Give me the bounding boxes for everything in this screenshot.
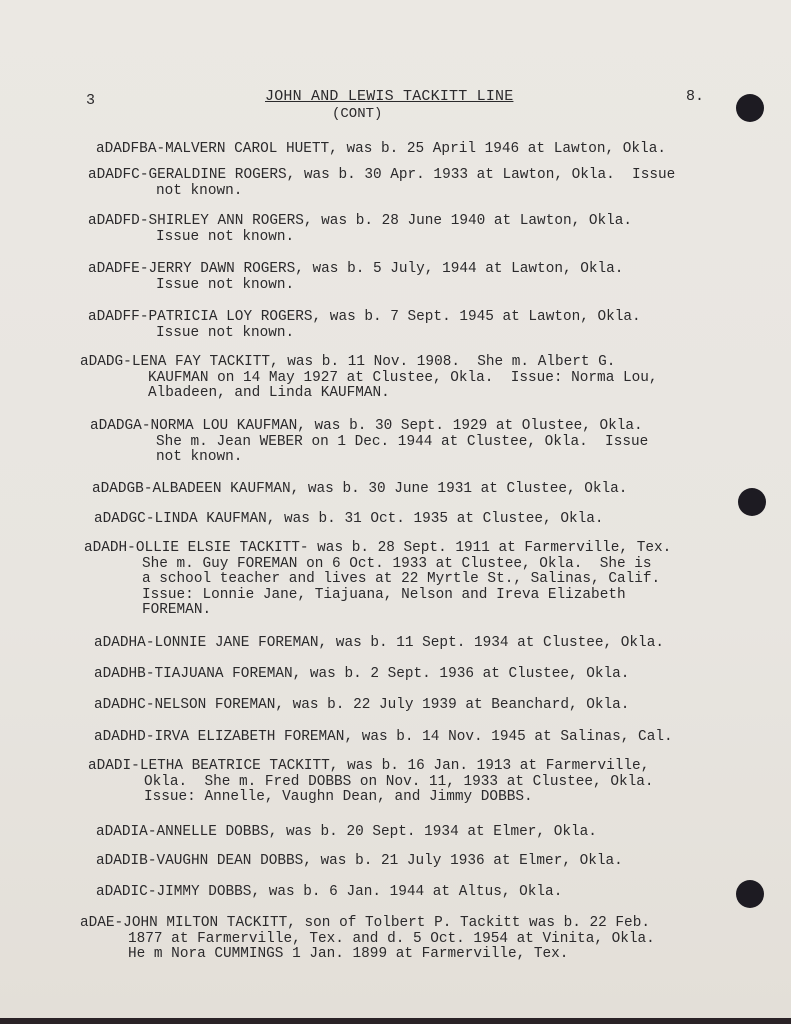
entry-first-line: aDADHA-LONNIE JANE FOREMAN, was b. 11 Se… — [94, 636, 664, 652]
entry-first-line: aDADIA-ANNELLE DOBBS, was b. 20 Sept. 19… — [96, 825, 597, 841]
genealogy-entry: aDADFC-GERALDINE ROGERS, was b. 30 Apr. … — [88, 168, 675, 199]
genealogy-entry: aDAE-JOHN MILTON TACKITT, son of Tolbert… — [80, 916, 655, 963]
page-title: JOHN AND LEWIS TACKITT LINE — [265, 88, 513, 105]
punch-hole — [736, 880, 764, 908]
punch-hole — [736, 94, 764, 122]
entry-first-line: aDADIB-VAUGHN DEAN DOBBS, was b. 21 July… — [96, 854, 623, 870]
genealogy-entry: aDADFBA-MALVERN CAROL HUETT, was b. 25 A… — [96, 142, 666, 158]
punch-hole — [738, 488, 766, 516]
entry-first-line: aDADFBA-MALVERN CAROL HUETT, was b. 25 A… — [96, 142, 666, 158]
genealogy-entry: aDADIB-VAUGHN DEAN DOBBS, was b. 21 July… — [96, 854, 623, 870]
genealogy-entry: aDADGB-ALBADEEN KAUFMAN, was b. 30 June … — [92, 482, 627, 498]
entry-first-line: aDADGB-ALBADEEN KAUFMAN, was b. 30 June … — [92, 482, 627, 498]
page-subtitle: (CONT) — [332, 106, 382, 122]
entry-first-line: aDADGC-LINDA KAUFMAN, was b. 31 Oct. 193… — [94, 512, 604, 528]
entry-continuation-line: She m. Jean WEBER on 1 Dec. 1944 at Clus… — [156, 435, 648, 451]
entry-continuation-line: Issue not known. — [156, 326, 641, 342]
entry-first-line: aDADHC-NELSON FOREMAN, was b. 22 July 19… — [94, 698, 629, 714]
genealogy-entry: aDADI-LETHA BEATRICE TACKITT, was b. 16 … — [88, 759, 654, 806]
entry-first-line: aDADHD-IRVA ELIZABETH FOREMAN, was b. 14… — [94, 730, 673, 746]
entry-continuation-line: FOREMAN. — [142, 603, 671, 619]
genealogy-entry: aDADHD-IRVA ELIZABETH FOREMAN, was b. 14… — [94, 730, 673, 746]
genealogy-entry: aDADHA-LONNIE JANE FOREMAN, was b. 11 Se… — [94, 636, 664, 652]
genealogy-entry: aDADGC-LINDA KAUFMAN, was b. 31 Oct. 193… — [94, 512, 604, 528]
entry-continuation-line: Issue: Annelle, Vaughn Dean, and Jimmy D… — [144, 790, 654, 806]
entry-continuation-line: KAUFMAN on 14 May 1927 at Clustee, Okla.… — [148, 371, 658, 387]
entry-first-line: aDADG-LENA FAY TACKITT, was b. 11 Nov. 1… — [80, 355, 658, 371]
entry-continuation-line: Issue not known. — [156, 278, 623, 294]
entry-first-line: aDADGA-NORMA LOU KAUFMAN, was b. 30 Sept… — [90, 419, 648, 435]
genealogy-entry: aDADHC-NELSON FOREMAN, was b. 22 July 19… — [94, 698, 629, 714]
genealogy-entry: aDADIC-JIMMY DOBBS, was b. 6 Jan. 1944 a… — [96, 885, 562, 901]
entry-first-line: aDAE-JOHN MILTON TACKITT, son of Tolbert… — [80, 916, 655, 932]
entry-continuation-line: She m. Guy FOREMAN on 6 Oct. 1933 at Clu… — [142, 557, 671, 573]
entry-continuation-line: not known. — [156, 184, 675, 200]
entry-continuation-line: a school teacher and lives at 22 Myrtle … — [142, 572, 671, 588]
genealogy-entry: aDADFD-SHIRLEY ANN ROGERS, was b. 28 Jun… — [88, 214, 632, 245]
entry-first-line: aDADFC-GERALDINE ROGERS, was b. 30 Apr. … — [88, 168, 675, 184]
entry-continuation-line: Albadeen, and Linda KAUFMAN. — [148, 386, 658, 402]
entry-continuation-line: He m Nora CUMMINGS 1 Jan. 1899 at Farmer… — [128, 947, 655, 963]
entry-continuation-line: 1877 at Farmerville, Tex. and d. 5 Oct. … — [128, 932, 655, 948]
entry-continuation-line: not known. — [156, 450, 648, 466]
entry-first-line: aDADFE-JERRY DAWN ROGERS, was b. 5 July,… — [88, 262, 623, 278]
genealogy-entry: aDADFE-JERRY DAWN ROGERS, was b. 5 July,… — [88, 262, 623, 293]
document-page: 3 JOHN AND LEWIS TACKITT LINE (CONT) 8. … — [0, 0, 791, 1018]
entry-first-line: aDADFD-SHIRLEY ANN ROGERS, was b. 28 Jun… — [88, 214, 632, 230]
entry-first-line: aDADI-LETHA BEATRICE TACKITT, was b. 16 … — [88, 759, 654, 775]
entry-first-line: aDADH-OLLIE ELSIE TACKITT- was b. 28 Sep… — [84, 541, 671, 557]
genealogy-entry: aDADH-OLLIE ELSIE TACKITT- was b. 28 Sep… — [84, 541, 671, 619]
genealogy-entry: aDADFF-PATRICIA LOY ROGERS, was b. 7 Sep… — [88, 310, 641, 341]
entry-first-line: aDADHB-TIAJUANA FOREMAN, was b. 2 Sept. … — [94, 667, 629, 683]
entry-continuation-line: Issue: Lonnie Jane, Tiajuana, Nelson and… — [142, 588, 671, 604]
genealogy-entry: aDADHB-TIAJUANA FOREMAN, was b. 2 Sept. … — [94, 667, 629, 683]
entry-first-line: aDADIC-JIMMY DOBBS, was b. 6 Jan. 1944 a… — [96, 885, 562, 901]
entry-continuation-line: Okla. She m. Fred DOBBS on Nov. 11, 1933… — [144, 775, 654, 791]
entry-continuation-line: Issue not known. — [156, 230, 632, 246]
section-number: 3 — [86, 92, 95, 109]
genealogy-entry: aDADIA-ANNELLE DOBBS, was b. 20 Sept. 19… — [96, 825, 597, 841]
genealogy-entry: aDADG-LENA FAY TACKITT, was b. 11 Nov. 1… — [80, 355, 658, 402]
page-number: 8. — [686, 88, 704, 105]
entry-first-line: aDADFF-PATRICIA LOY ROGERS, was b. 7 Sep… — [88, 310, 641, 326]
page-bottom-edge — [0, 1018, 791, 1024]
genealogy-entry: aDADGA-NORMA LOU KAUFMAN, was b. 30 Sept… — [90, 419, 648, 466]
